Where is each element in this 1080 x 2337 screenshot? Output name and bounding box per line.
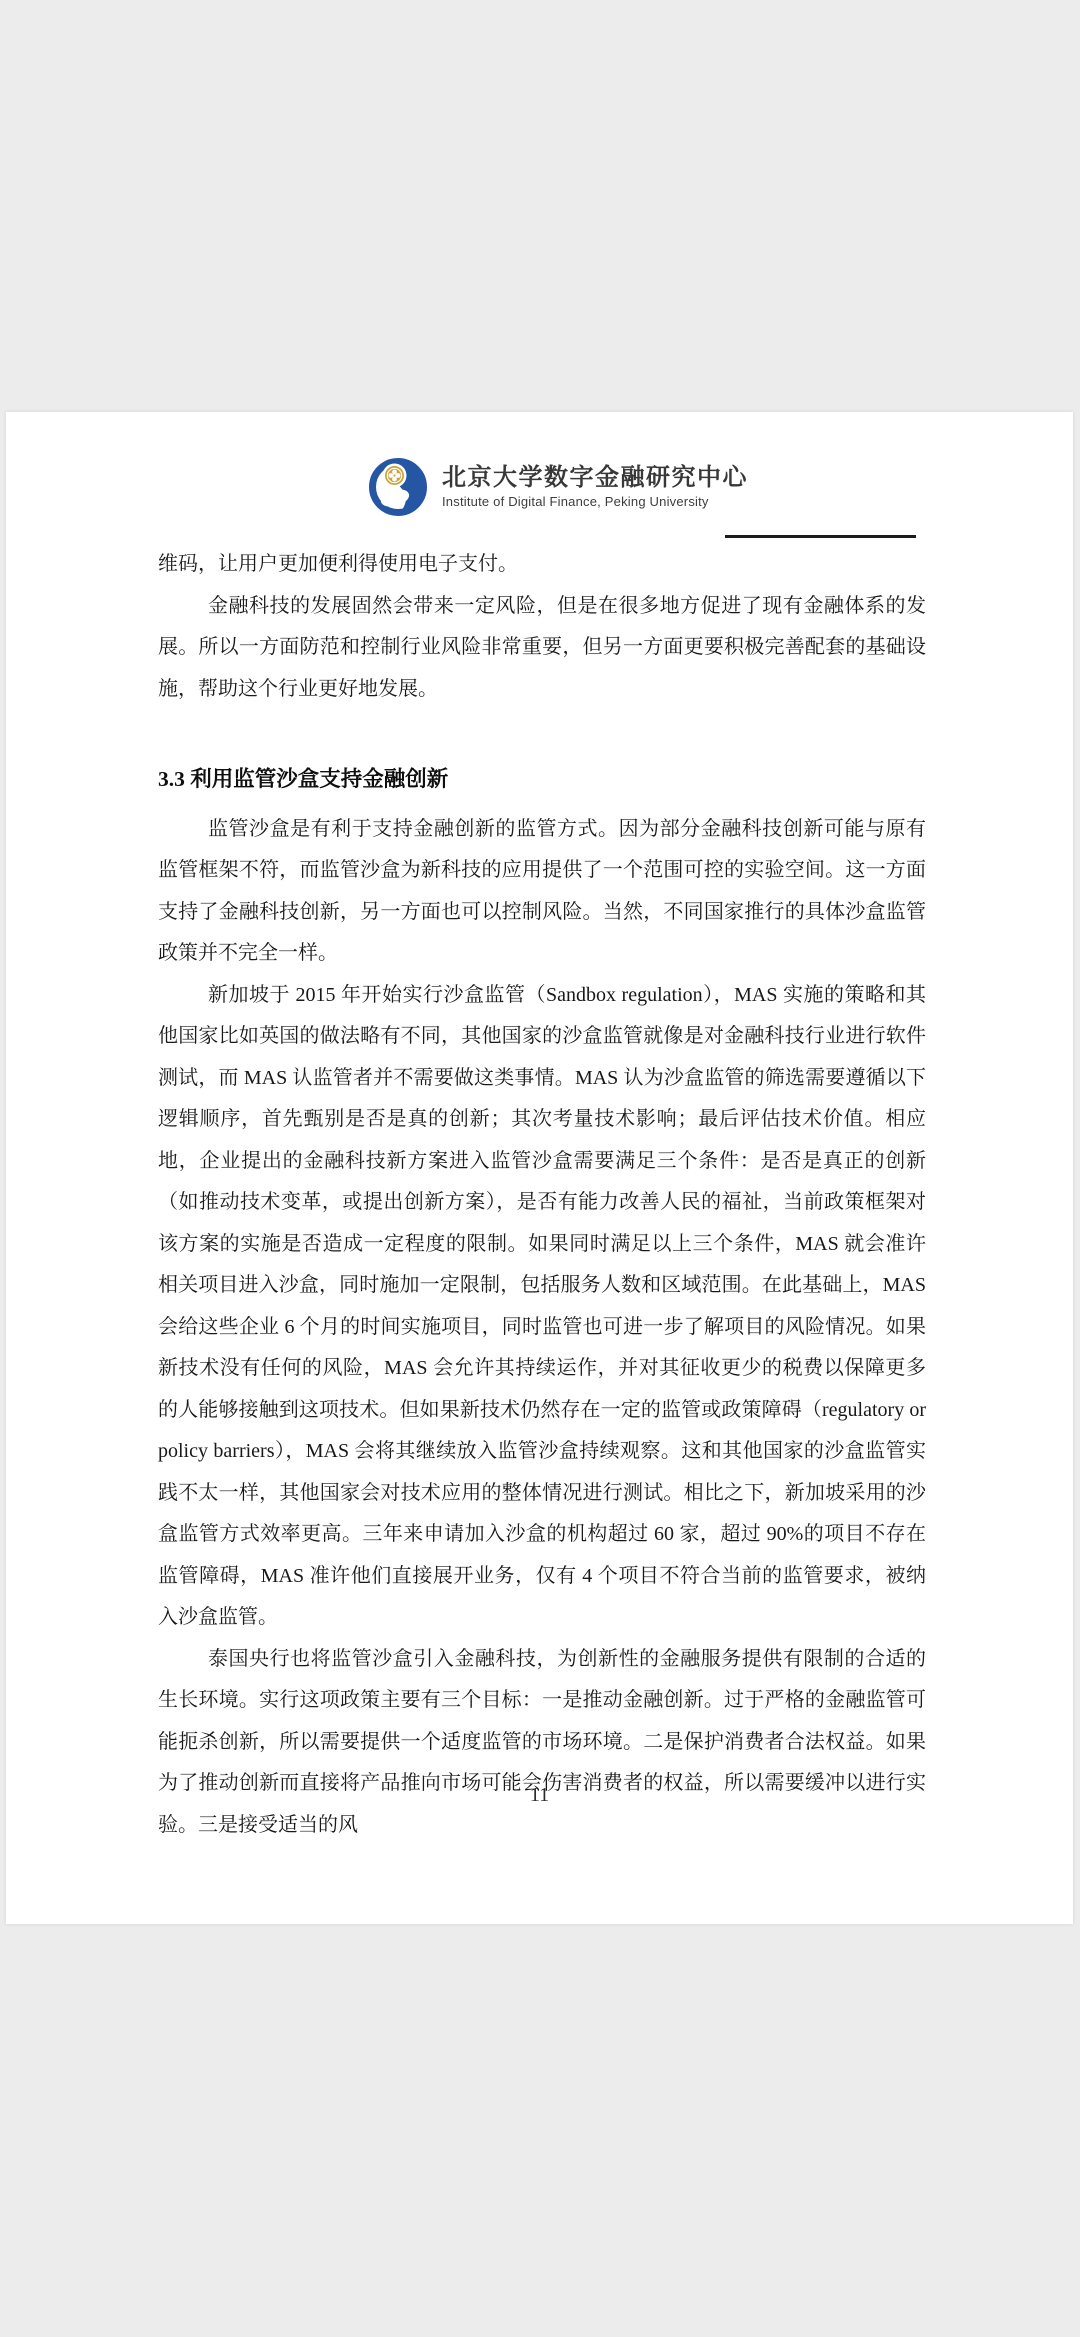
paragraph-sandbox-intro: 监管沙盒是有利于支持金融创新的监管方式。因为部分金融科技创新可能与原有监管框架不… [158,809,926,975]
idf-pku-logo-icon [368,456,428,518]
logo-en-title: Institute of Digital Finance, Peking Uni… [442,494,748,509]
document-body: 维码，让用户更加便利得使用电子支付。 金融科技的发展固然会带来一定风险，但是在很… [158,544,926,1846]
institute-logo: 北京大学数字金融研究中心 Institute of Digital Financ… [368,456,748,518]
document-page: 北京大学数字金融研究中心 Institute of Digital Financ… [6,412,1073,1924]
logo-cn-title: 北京大学数字金融研究中心 [442,465,748,491]
logo-text-block: 北京大学数字金融研究中心 Institute of Digital Financ… [442,456,748,509]
section-heading-3-3: 3.3 利用监管沙盒支持金融创新 [158,759,926,801]
page-number: 11 [6,1784,1073,1807]
paragraph-thailand: 泰国央行也将监管沙盒引入金融科技，为创新性的金融服务提供有限制的合适的生长环境。… [158,1639,926,1847]
paragraph-continuation: 维码，让用户更加便利得使用电子支付。 [158,544,926,586]
document-viewer-background: 北京大学数字金融研究中心 Institute of Digital Financ… [0,0,1080,2337]
paragraph-fintech-risk: 金融科技的发展固然会带来一定风险，但是在很多地方促进了现有金融体系的发展。所以一… [158,586,926,711]
header-divider-line [725,535,916,538]
paragraph-singapore-mas: 新加坡于 2015 年开始实行沙盒监管（Sandbox regulation），… [158,975,926,1639]
